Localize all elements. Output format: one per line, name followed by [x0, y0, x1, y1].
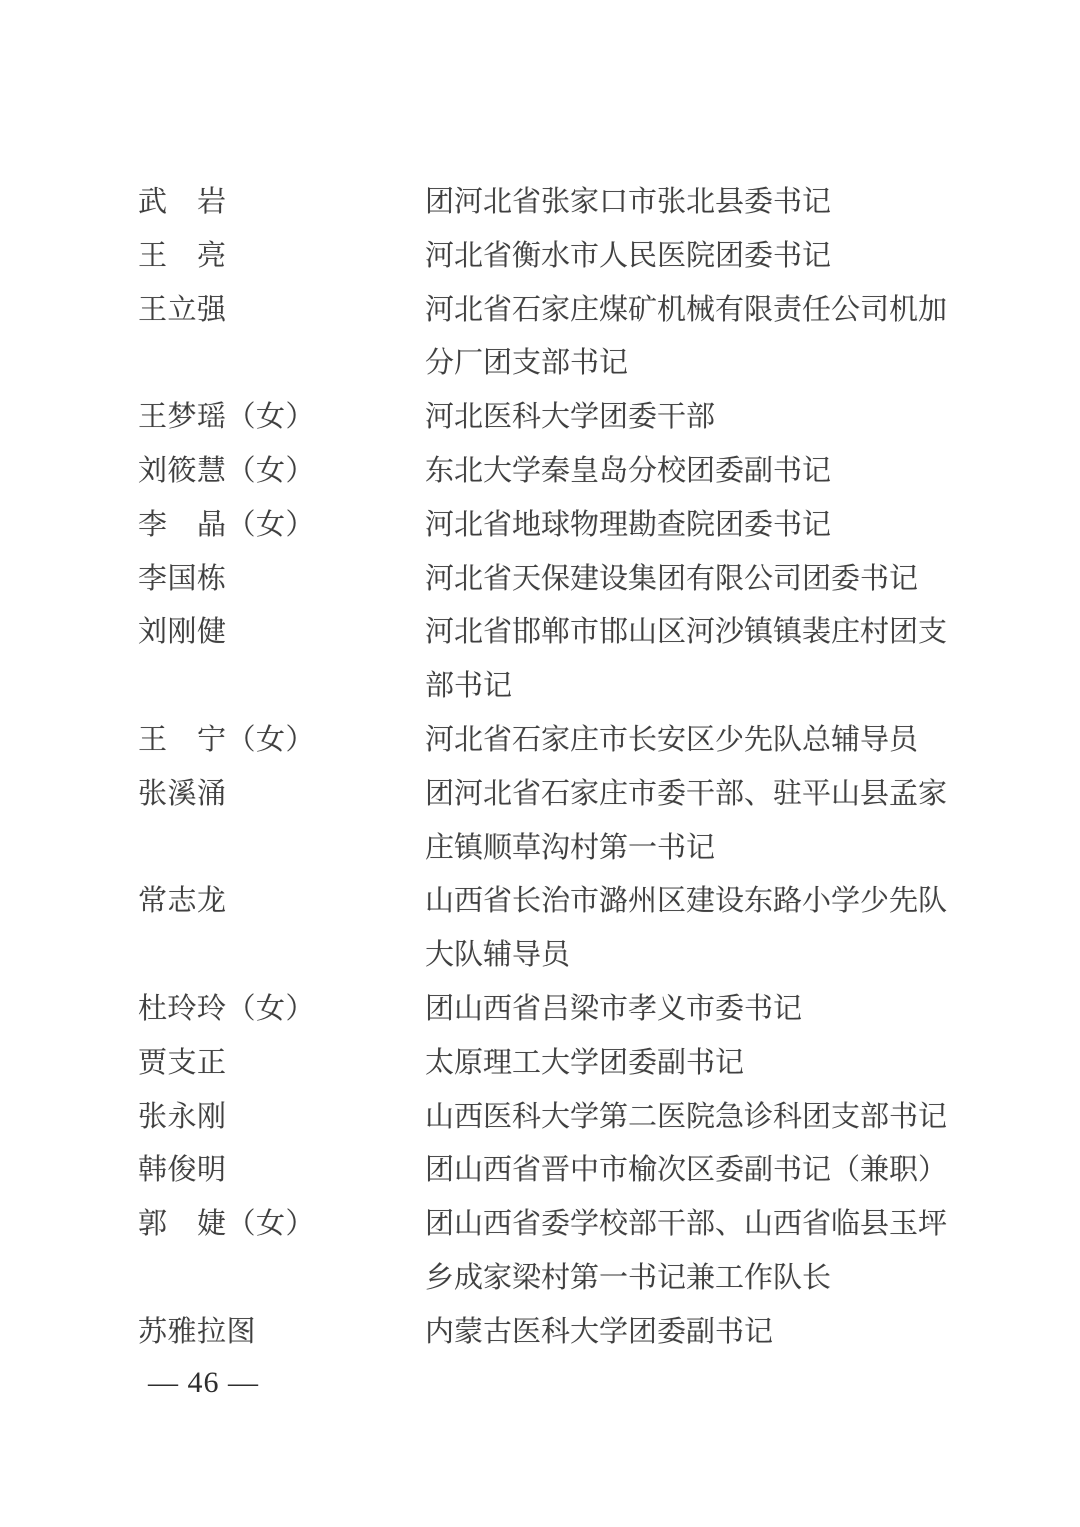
honoree-position: 河北省石家庄煤矿机械有限责任公司机加分厂团支部书记	[425, 284, 955, 392]
honoree-position: 太原理工大学团委副书记	[425, 1037, 955, 1091]
honoree-position: 山西省长治市潞州区建设东路小学少先队大队辅导员	[425, 875, 955, 983]
honoree-entry: 李 晶（女） 河北省地球物理勘查院团委书记	[0, 499, 1080, 553]
honoree-entry: 杜玲玲（女） 团山西省吕梁市孝义市委书记	[0, 983, 1080, 1037]
honor-roll-list: 武 岩 团河北省张家口市张北县委书记 王 亮 河北省衡水市人民医院团委书记 王立…	[0, 176, 1080, 1360]
honoree-name: 常志龙	[138, 875, 425, 929]
honoree-name: 李国栋	[138, 553, 425, 607]
page-number: — 46 —	[148, 1366, 259, 1400]
document-page: 武 岩 团河北省张家口市张北县委书记 王 亮 河北省衡水市人民医院团委书记 王立…	[0, 0, 1080, 1527]
honoree-name: 李 晶（女）	[138, 499, 425, 553]
honoree-entry: 武 岩 团河北省张家口市张北县委书记	[0, 176, 1080, 230]
honoree-position: 团山西省晋中市榆次区委副书记（兼职）	[425, 1144, 955, 1198]
honoree-name: 武 岩	[138, 176, 425, 230]
honoree-position: 团河北省张家口市张北县委书记	[425, 176, 955, 230]
honoree-entry: 李国栋 河北省天保建设集团有限公司团委书记	[0, 553, 1080, 607]
honoree-position: 河北省天保建设集团有限公司团委书记	[425, 553, 955, 607]
honoree-entry: 王梦瑶（女） 河北医科大学团委干部	[0, 391, 1080, 445]
honoree-name: 王 亮	[138, 230, 425, 284]
honoree-entry: 苏雅拉图 内蒙古医科大学团委副书记	[0, 1306, 1080, 1360]
honoree-position: 团山西省吕梁市孝义市委书记	[425, 983, 955, 1037]
honoree-entry: 王 宁（女） 河北省石家庄市长安区少先队总辅导员	[0, 714, 1080, 768]
honoree-name: 刘刚健	[138, 606, 425, 660]
honoree-name: 王梦瑶（女）	[138, 391, 425, 445]
honoree-name: 杜玲玲（女）	[138, 983, 425, 1037]
honoree-entry: 刘刚健 河北省邯郸市邯山区河沙镇镇裴庄村团支部书记	[0, 606, 1080, 714]
honoree-position: 东北大学秦皇岛分校团委副书记	[425, 445, 955, 499]
honoree-entry: 韩俊明 团山西省晋中市榆次区委副书记（兼职）	[0, 1144, 1080, 1198]
honoree-position: 内蒙古医科大学团委副书记	[425, 1306, 955, 1360]
honoree-position: 河北省衡水市人民医院团委书记	[425, 230, 955, 284]
honoree-name: 苏雅拉图	[138, 1306, 425, 1360]
honoree-position: 河北省地球物理勘查院团委书记	[425, 499, 955, 553]
honoree-position: 河北医科大学团委干部	[425, 391, 955, 445]
honoree-position: 山西医科大学第二医院急诊科团支部书记	[425, 1091, 955, 1145]
honoree-name: 郭 婕（女）	[138, 1198, 425, 1252]
honoree-entry: 贾支正 太原理工大学团委副书记	[0, 1037, 1080, 1091]
honoree-name: 贾支正	[138, 1037, 425, 1091]
honoree-name: 张溪涌	[138, 768, 425, 822]
honoree-position: 河北省石家庄市长安区少先队总辅导员	[425, 714, 955, 768]
honoree-position: 河北省邯郸市邯山区河沙镇镇裴庄村团支部书记	[425, 606, 955, 714]
honoree-name: 张永刚	[138, 1091, 425, 1145]
honoree-entry: 郭 婕（女） 团山西省委学校部干部、山西省临县玉坪乡成家梁村第一书记兼工作队长	[0, 1198, 1080, 1306]
honoree-name: 刘筱慧（女）	[138, 445, 425, 499]
honoree-position: 团山西省委学校部干部、山西省临县玉坪乡成家梁村第一书记兼工作队长	[425, 1198, 955, 1306]
honoree-name: 王 宁（女）	[138, 714, 425, 768]
honoree-entry: 常志龙 山西省长治市潞州区建设东路小学少先队大队辅导员	[0, 875, 1080, 983]
honoree-position: 团河北省石家庄市委干部、驻平山县孟家庄镇顺草沟村第一书记	[425, 768, 955, 876]
honoree-entry: 张溪涌 团河北省石家庄市委干部、驻平山县孟家庄镇顺草沟村第一书记	[0, 768, 1080, 876]
honoree-entry: 张永刚 山西医科大学第二医院急诊科团支部书记	[0, 1091, 1080, 1145]
honoree-name: 韩俊明	[138, 1144, 425, 1198]
honoree-entry: 王 亮 河北省衡水市人民医院团委书记	[0, 230, 1080, 284]
page-number-label: — 46 —	[148, 1366, 259, 1399]
honoree-name: 王立强	[138, 284, 425, 338]
honoree-entry: 刘筱慧（女） 东北大学秦皇岛分校团委副书记	[0, 445, 1080, 499]
honoree-entry: 王立强 河北省石家庄煤矿机械有限责任公司机加分厂团支部书记	[0, 284, 1080, 392]
